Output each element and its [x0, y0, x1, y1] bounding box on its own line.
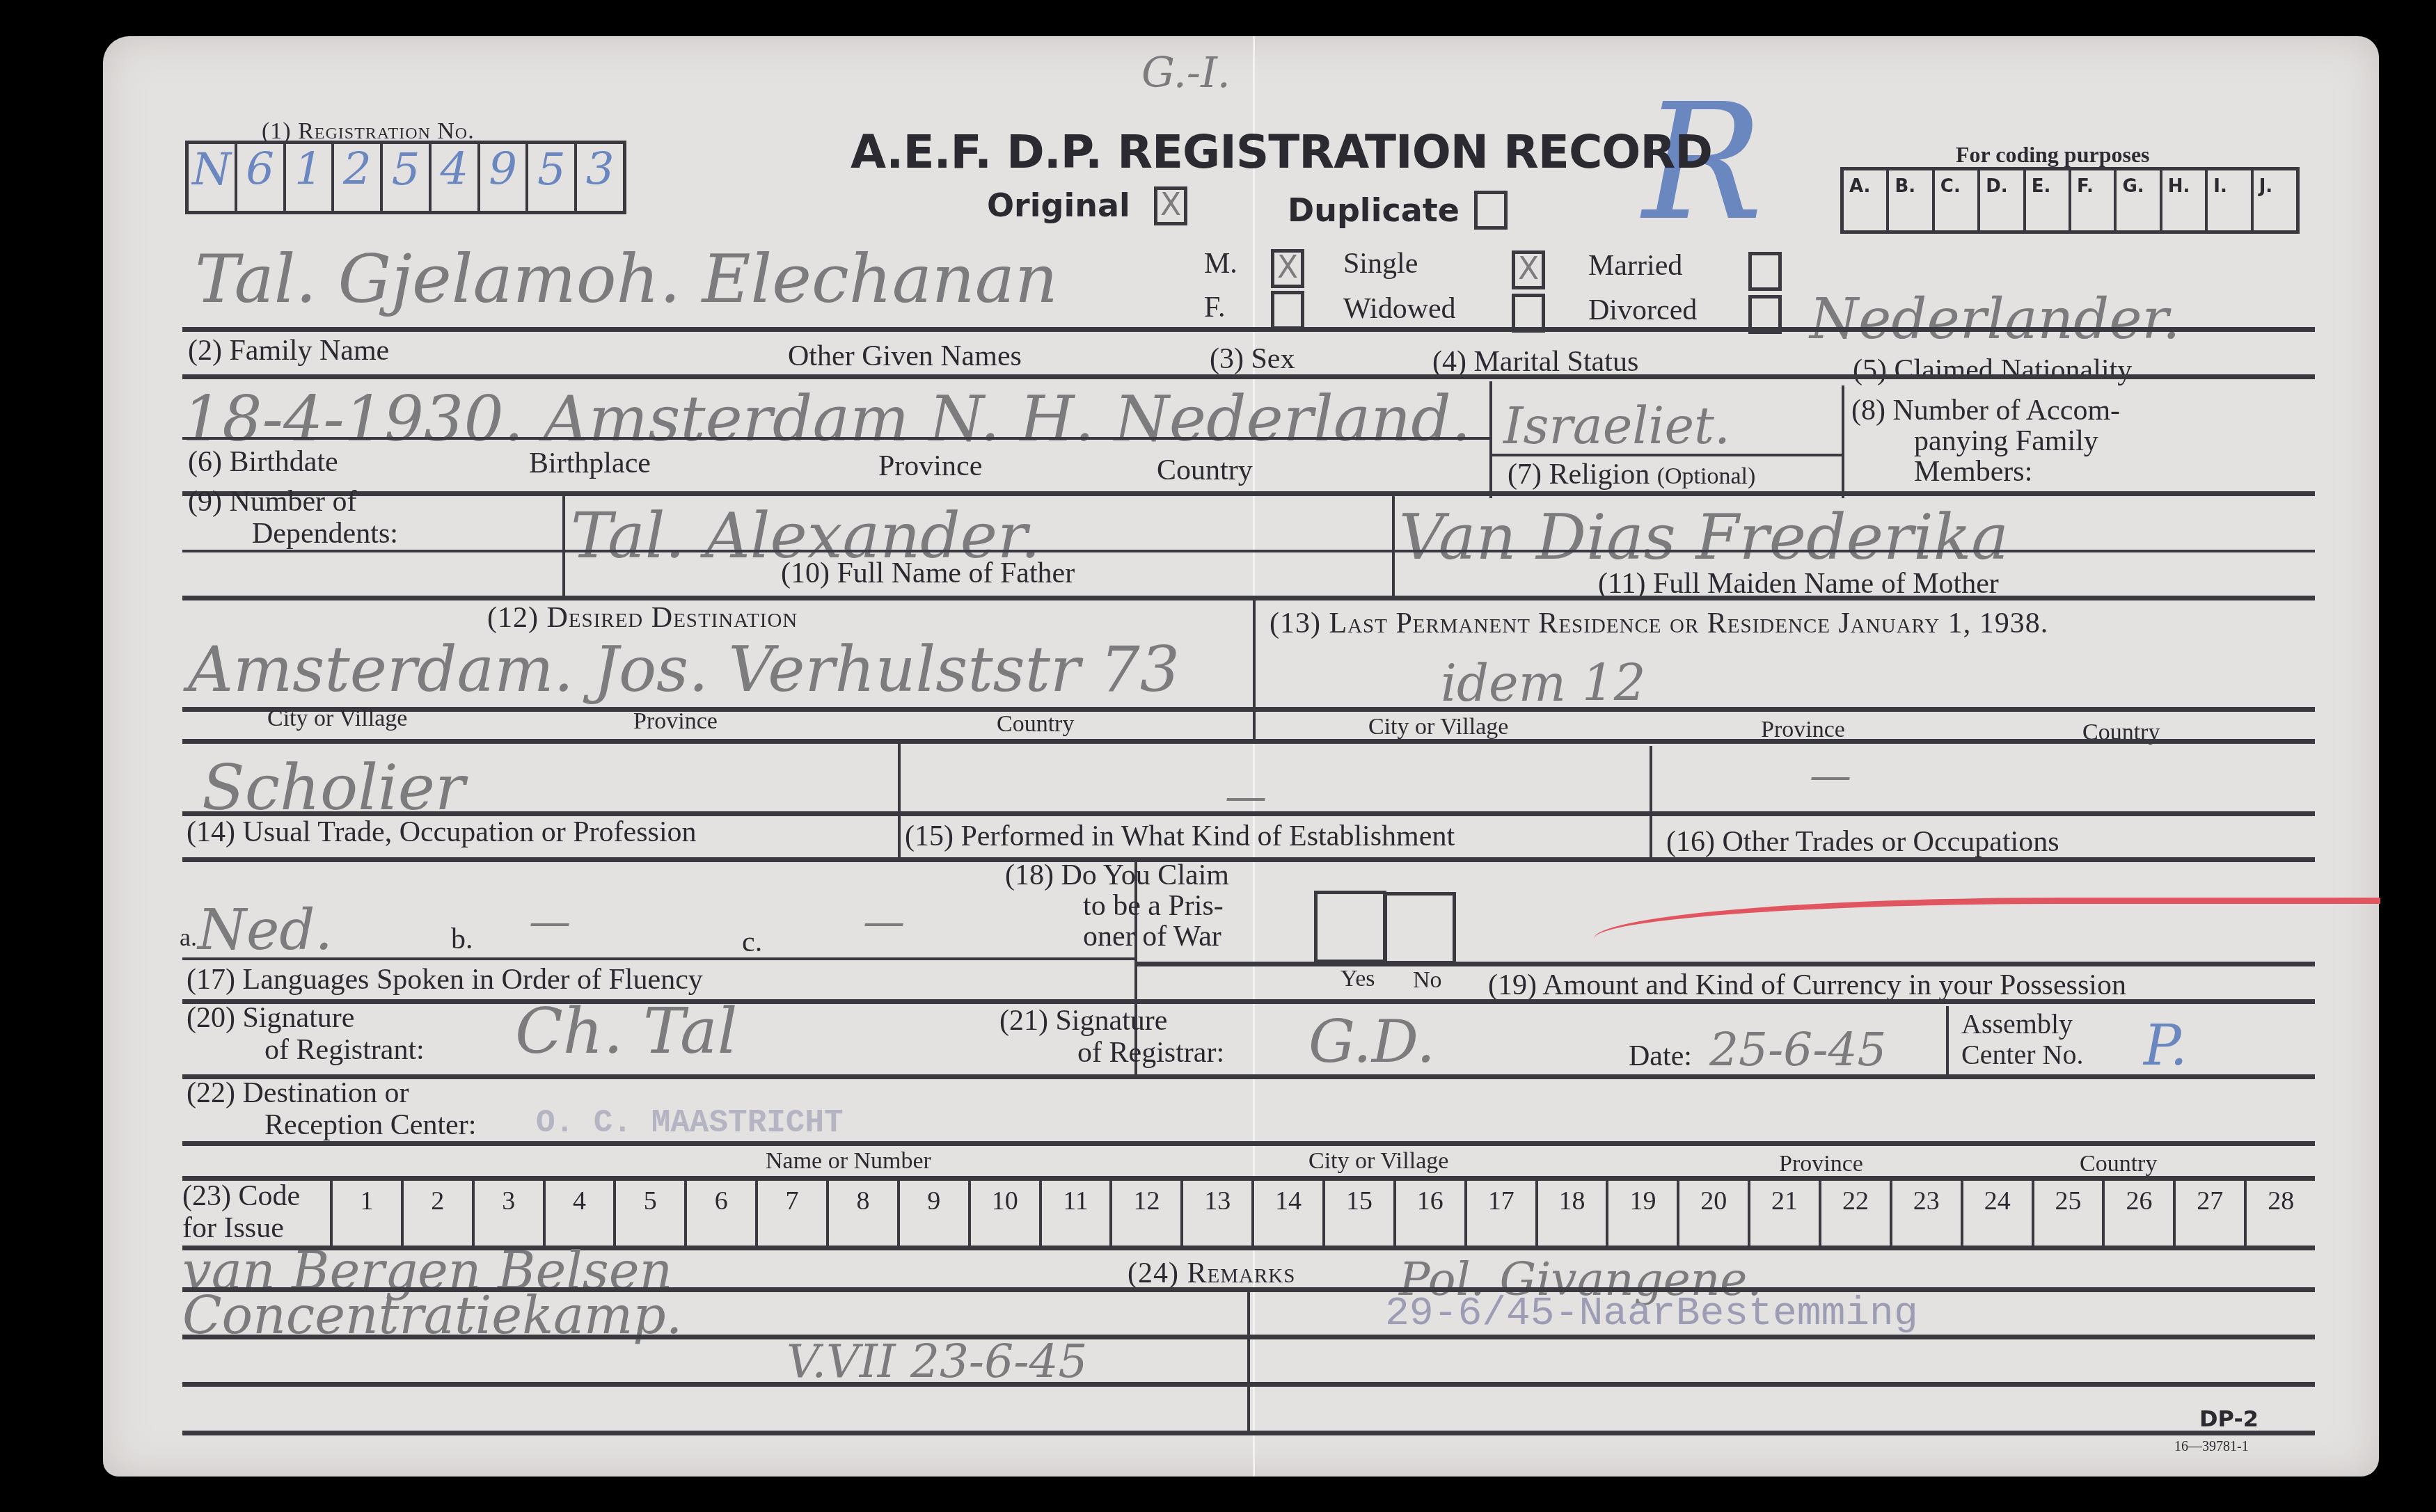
divider [562, 491, 565, 596]
other-trades-label: (16) Other Trades or Occupations [1666, 825, 2059, 859]
pow-no-checkbox[interactable] [1384, 892, 1456, 964]
coding-box: E. [2026, 170, 2071, 230]
trade-label: (14) Usual Trade, Occupation or Professi… [187, 815, 697, 849]
family-name-label: (2) Family Name [188, 334, 389, 367]
code-group-city-label: City or Village [1308, 1148, 1448, 1175]
divider [1842, 385, 1844, 498]
code-cell[interactable]: 15 [1322, 1179, 1393, 1246]
marital-status-label: (4) Marital Status [1432, 345, 1638, 379]
rule [182, 374, 2315, 379]
languages-label: (17) Languages Spoken in Order of Fluenc… [187, 963, 703, 996]
desired-destination-value: Amsterdam. Jos. Verhulststr 73 [188, 633, 1180, 706]
registration-digit: N [189, 144, 237, 211]
code-cell[interactable]: 21 [1748, 1179, 1819, 1246]
remarks-stamp: 29-6/45-NaarBestemming [1385, 1291, 1918, 1337]
rule [182, 327, 2315, 332]
code-cell[interactable]: 9 [897, 1179, 968, 1246]
code-cell[interactable]: 5 [613, 1179, 684, 1246]
registration-digit: 6 [237, 144, 286, 211]
code-cell[interactable]: 10 [968, 1179, 1039, 1246]
coding-box: C. [1935, 170, 1980, 230]
country-label: Country [1157, 454, 1253, 487]
registrar-signature-label: (21) Signature of Registrar: [999, 1005, 1224, 1069]
code-cell[interactable]: 26 [2102, 1179, 2173, 1246]
form-title: A.E.F. D.P. REGISTRATION RECORD [851, 125, 1712, 179]
desired-destination-label: (12) Desired Destination [487, 601, 798, 635]
rule [182, 1431, 2315, 1435]
rule [1136, 962, 2315, 966]
establishment-label: (15) Performed in What Kind of Establish… [905, 820, 1455, 853]
coding-box: G. [2117, 170, 2162, 230]
religion-label: (7) Religion (Optional) [1508, 458, 1755, 491]
registration-number-boxes[interactable]: N 6 1 2 5 4 9 5 3 [185, 141, 626, 214]
registration-digit: 5 [383, 144, 432, 211]
divider [1946, 1006, 1949, 1079]
code-cell[interactable]: 18 [1535, 1179, 1606, 1246]
code-cell[interactable]: 28 [2244, 1179, 2315, 1246]
code-cell[interactable]: 14 [1251, 1179, 1322, 1246]
divider [1489, 381, 1492, 498]
widowed-label: Widowed [1343, 292, 1456, 326]
nationality-value: Nederlander. [1810, 287, 2180, 351]
margin-mark: G.-I. [1141, 49, 1231, 97]
coding-boxes[interactable]: A. B. C. D. E. F. G. H. I. J. [1840, 167, 2300, 234]
language-a-value: Ned. [198, 898, 333, 962]
rule [182, 1335, 2315, 1339]
code-cell[interactable]: 16 [1393, 1179, 1464, 1246]
sex-m-label: M. [1204, 247, 1237, 280]
single-label: Single [1343, 247, 1418, 280]
registrar-signature-value: G.D. [1308, 1008, 1435, 1076]
remarks-label: (24) Remarks [1128, 1257, 1295, 1290]
date-label: Date: [1629, 1040, 1692, 1073]
registration-digit: 5 [528, 144, 577, 211]
code-cell[interactable]: 19 [1606, 1179, 1677, 1246]
claimed-nationality-label: (5) Claimed Nationality [1853, 353, 2132, 387]
pow-yes-label: Yes [1340, 966, 1375, 992]
father-name-label: (10) Full Name of Father [781, 557, 1075, 590]
original-label: Original [987, 186, 1130, 224]
language-c-label: c. [742, 925, 762, 959]
married-checkbox[interactable] [1748, 252, 1782, 291]
registrant-signature-value: Ch. Tal [515, 995, 738, 1068]
divider [1247, 1289, 1250, 1433]
sex-f-checkbox[interactable] [1271, 291, 1304, 330]
currency-label: (19) Amount and Kind of Currency in your… [1488, 969, 2126, 1002]
pow-no-label: No [1413, 967, 1442, 994]
code-cell[interactable]: 8 [826, 1179, 897, 1246]
birth-value: 18-4-1930. Amsterdam N. H. Nederland. [182, 383, 1471, 456]
coding-purposes-label: For coding purposes [1956, 142, 2150, 168]
divider [1392, 495, 1395, 600]
sex-label: (3) Sex [1210, 342, 1295, 376]
other-trades-value: — [1810, 751, 1851, 800]
rule [182, 1141, 2315, 1146]
registration-digit: 2 [334, 144, 383, 211]
code-cell[interactable]: 27 [2173, 1179, 2244, 1246]
single-checkbox[interactable]: X [1512, 250, 1545, 289]
code-cell[interactable]: 6 [684, 1179, 755, 1246]
destination-province-label: Province [633, 708, 718, 735]
code-cell[interactable]: 17 [1464, 1179, 1535, 1246]
assembly-center-value: P. [2144, 1013, 2188, 1078]
duplicate-checkbox[interactable] [1474, 191, 1508, 230]
province-label: Province [878, 449, 982, 483]
dependents-label: (9) Number of Dependents: [188, 486, 398, 550]
code-cell[interactable]: 25 [2032, 1179, 2103, 1246]
original-checkbox[interactable]: X [1154, 186, 1187, 225]
rule [182, 1382, 2315, 1387]
birthdate-label: (6) Birthdate [188, 445, 338, 479]
name-value: Tal. Gjelamoh. Elechanan [195, 240, 1058, 318]
rule [182, 596, 2315, 600]
last-residence-label: (13) Last Permanent Residence or Residen… [1270, 607, 2048, 640]
divider [1253, 598, 1256, 742]
rule [182, 1074, 2315, 1079]
registration-digit: 3 [577, 144, 623, 211]
registration-digit: 9 [480, 144, 529, 211]
pow-yes-checkbox[interactable] [1314, 891, 1386, 963]
date-value: 25-6-45 [1709, 1023, 1887, 1076]
code-cell[interactable]: 12 [1109, 1179, 1180, 1246]
remarks-line-3: V.VII 23-6-45 [786, 1335, 1087, 1388]
code-group-country-label: Country [2080, 1151, 2157, 1177]
registration-digit: 4 [432, 144, 480, 211]
coding-box: I. [2208, 170, 2253, 230]
accompanying-family-label: (8) Number of Accom- panying Family Memb… [1851, 395, 2120, 487]
reception-center-stamp: O. C. MAASTRICHT [536, 1105, 844, 1141]
rule [182, 550, 2315, 552]
married-label: Married [1588, 249, 1682, 282]
last-residence-value: idem 12 [1441, 654, 1646, 713]
language-b-value: — [529, 898, 571, 946]
divider [898, 739, 901, 857]
birthplace-label: Birthplace [529, 447, 651, 480]
code-cell[interactable]: 7 [755, 1179, 826, 1246]
rule [182, 707, 2315, 712]
code-cell[interactable]: 3 [472, 1179, 543, 1246]
other-given-names-label: Other Given Names [788, 340, 1022, 373]
mother-name-value: Van Dias Frederika [1399, 501, 2009, 574]
form-id: DP-2 [2199, 1406, 2259, 1432]
language-c-value: — [863, 898, 905, 946]
rule [182, 999, 2315, 1004]
sex-m-checkbox[interactable]: X [1271, 249, 1304, 288]
rule [1491, 454, 1843, 456]
rule [182, 957, 1136, 960]
coding-box: D. [1980, 170, 2025, 230]
print-code: 16—39781-1 [2174, 1439, 2249, 1455]
code-group-name-label: Name or Number [766, 1148, 931, 1175]
divider [1650, 746, 1652, 859]
registrant-signature-label: (20) Signature of Registrant: [187, 1002, 425, 1066]
language-a-label: a. [180, 923, 197, 952]
code-cell[interactable]: 4 [543, 1179, 614, 1246]
code-cell[interactable]: 1 [330, 1179, 401, 1246]
coding-box: J. [2254, 170, 2296, 230]
religion-value: Israeliet. [1503, 397, 1730, 455]
prisoner-of-war-label: (18) Do You Claim to be a Pris- oner of … [1005, 860, 1229, 952]
coding-box: F. [2071, 170, 2117, 230]
assembly-center-label: Assembly Center No. [1961, 1009, 2084, 1070]
rule [182, 437, 1491, 440]
reception-center-label: (22) Destination or Reception Center: [187, 1077, 476, 1141]
code-grid[interactable]: 1 2 3 4 5 6 7 8 9 10 11 12 13 14 15 16 1… [330, 1179, 2315, 1246]
code-cell[interactable]: 22 [1819, 1179, 1890, 1246]
code-cell[interactable]: 2 [401, 1179, 472, 1246]
code-cell[interactable]: 23 [1890, 1179, 1961, 1246]
code-group-province-label: Province [1779, 1151, 1863, 1177]
registration-digit: 1 [286, 144, 335, 211]
duplicate-label: Duplicate [1288, 191, 1460, 229]
rule [182, 491, 2315, 496]
coding-box: A. [1844, 170, 1889, 230]
destination-city-label: City or Village [267, 706, 407, 732]
coding-box: H. [2162, 170, 2208, 230]
rule [182, 857, 2315, 862]
code-cell[interactable]: 24 [1961, 1179, 2032, 1246]
code-cell[interactable]: 13 [1180, 1179, 1251, 1246]
destination-country-label: Country [997, 711, 1074, 738]
coding-box: B. [1889, 170, 1934, 230]
rule [182, 739, 2315, 744]
code-cell[interactable]: 11 [1039, 1179, 1110, 1246]
residence-city-label: City or Village [1368, 714, 1508, 740]
code-for-issue-label: (23) Code for Issue [182, 1180, 300, 1244]
divorced-label: Divorced [1588, 294, 1697, 327]
sex-f-label: F. [1204, 291, 1226, 324]
language-b-label: b. [451, 923, 473, 956]
code-cell[interactable]: 20 [1677, 1179, 1748, 1246]
